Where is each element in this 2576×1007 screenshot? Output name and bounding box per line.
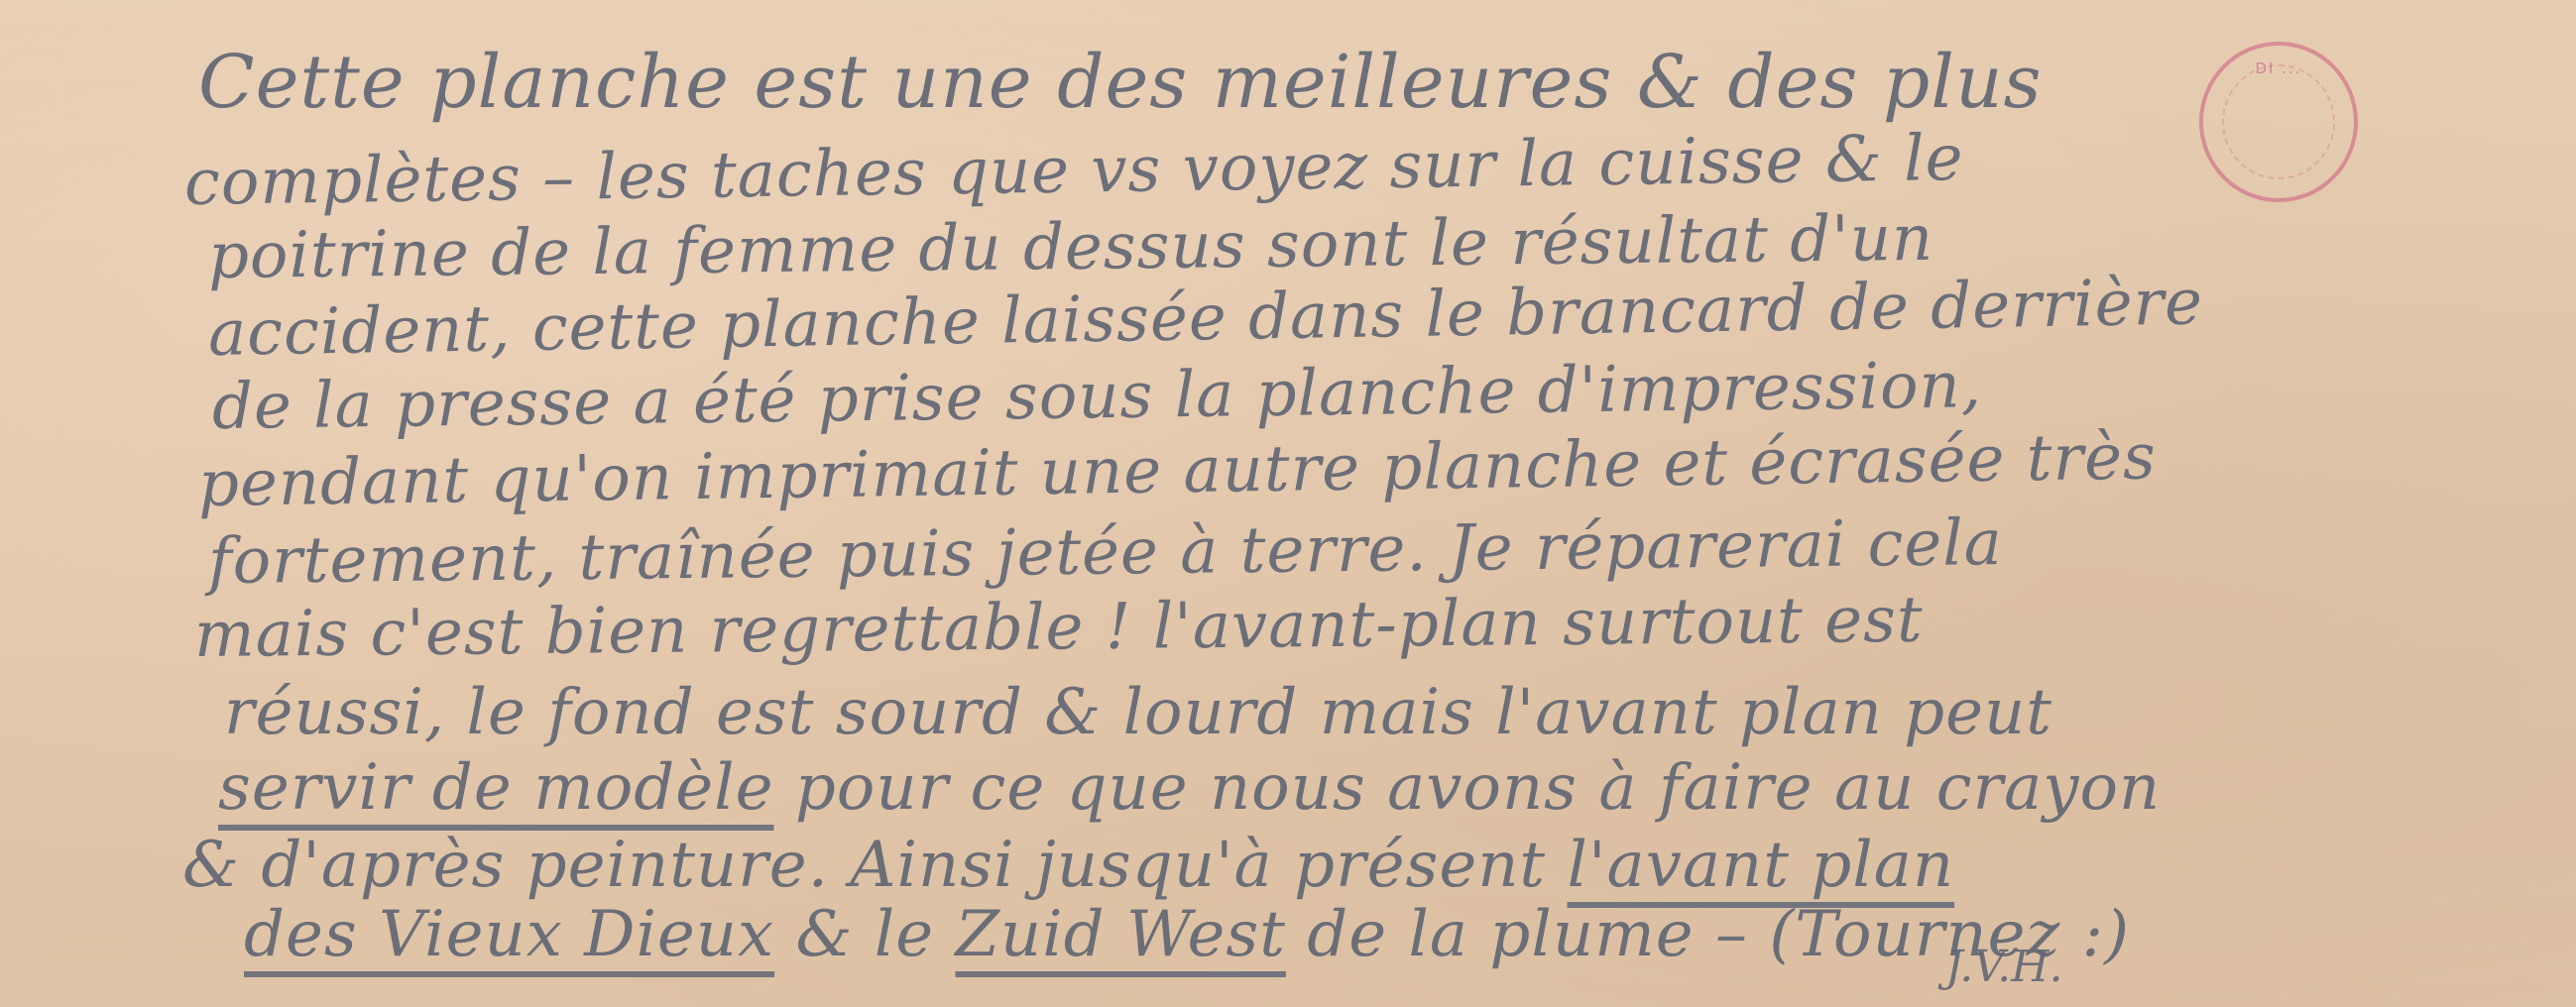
manuscript-sheet: DI ... Cette planche est une des meilleu… [0, 0, 2576, 1007]
manuscript-line-9: réussi, le fond est sourd & lourd mais l… [224, 676, 2052, 749]
stamp-inner-ring [2222, 64, 2335, 179]
underlined-servir-de-modele: servir de modèle [218, 751, 773, 825]
line-12-mid: & le [795, 898, 955, 971]
stamp-text: DI ... [2203, 59, 2354, 77]
manuscript-line-12: des Vieux Dieux & le Zuid West de la plu… [244, 898, 2130, 971]
manuscript-line-1: Cette planche est une des meilleures & d… [198, 40, 2043, 125]
line-10-rest: pour ce que nous avons à faire au crayon [795, 751, 2161, 825]
underlined-avant-plan: l'avant plan [1567, 829, 1954, 902]
manuscript-line-8: mais c'est bien regrettable ! l'avant-pl… [194, 584, 1924, 672]
library-stamp: DI ... [2199, 42, 2358, 202]
manuscript-line-11: & d'après peinture. Ainsi jusqu'à présen… [182, 829, 1954, 902]
underlined-zuid-west: Zuid West [955, 898, 1285, 971]
signature-initials: J.V.H. [1945, 942, 2063, 992]
line-11-start: & d'après peinture. Ainsi jusqu'à présen… [182, 829, 1567, 902]
underlined-vieux-dieux: des Vieux Dieux [244, 898, 774, 971]
manuscript-line-10: servir de modèle pour ce que nous avons … [218, 751, 2161, 825]
